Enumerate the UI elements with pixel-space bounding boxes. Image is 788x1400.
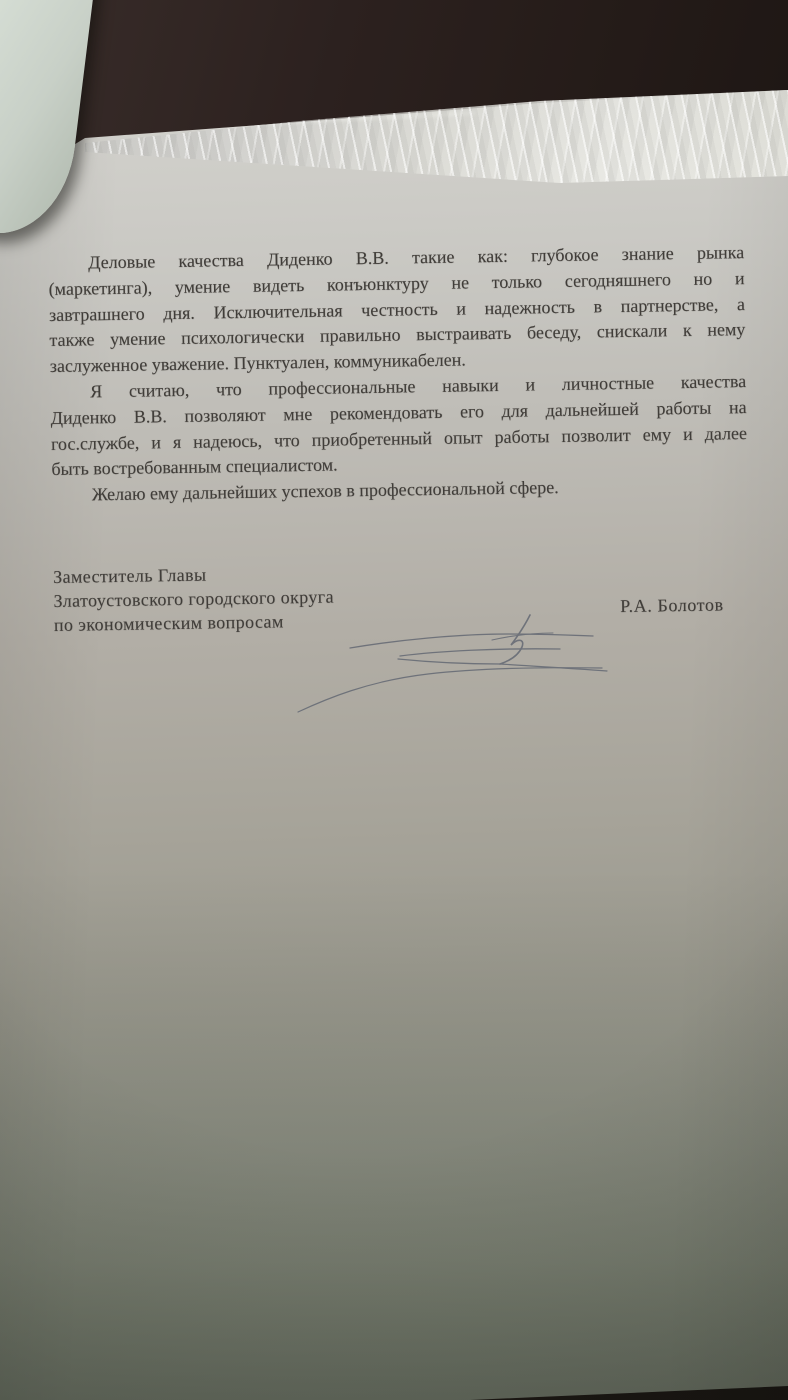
signoff-name: Р.А. Болотов xyxy=(620,592,724,619)
photo-of-document: Деловые качества Диденко В.В. такие как:… xyxy=(0,0,788,1400)
paragraph-recommendation: Я считаю, что профессиональные навыки и … xyxy=(50,369,748,483)
paragraph-business-qualities: Деловые качества Диденко В.В. такие как:… xyxy=(48,240,746,380)
handwritten-signature xyxy=(278,597,626,725)
letter-body: Деловые качества Диденко В.В. такие как:… xyxy=(48,240,750,637)
